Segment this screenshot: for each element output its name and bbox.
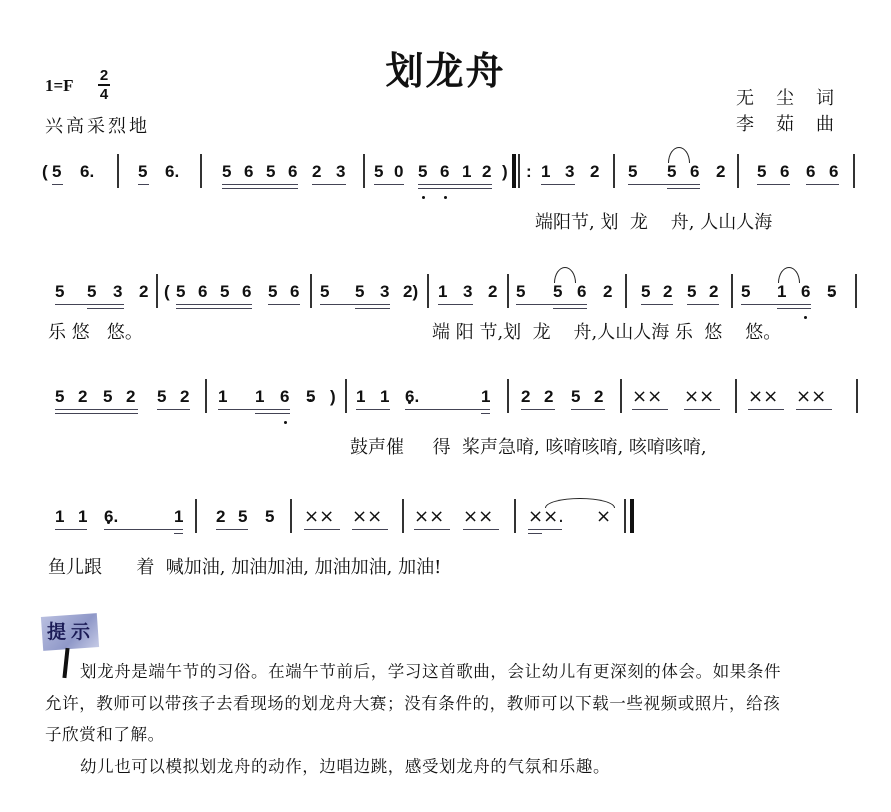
underline-eighth: [684, 409, 720, 410]
note: 1: [481, 387, 490, 407]
underline-eighth: [528, 529, 562, 530]
note: 2: [716, 162, 725, 182]
underline-eighth: [516, 304, 587, 305]
underline-sixteenth: [222, 188, 298, 189]
bar-line: [310, 274, 312, 308]
note: 6.: [104, 507, 118, 527]
underline-sixteenth: [55, 413, 138, 414]
percussion-note: ×: [596, 507, 611, 527]
note: 2: [482, 162, 491, 182]
underline-eighth: [176, 304, 252, 305]
note: 5: [220, 282, 229, 302]
tip-paragraph-2: 幼儿也可以模拟划龙舟的动作，边唱边跳，感受划龙舟的气氛和乐趣。: [80, 753, 610, 777]
note: 6: [244, 162, 253, 182]
underline-eighth: [687, 304, 719, 305]
bar-line: [613, 154, 615, 188]
lyrics-line: 端阳节, 划 龙 舟, 人山人海: [535, 208, 772, 234]
note: 6: [780, 162, 789, 182]
underline-eighth: [157, 409, 190, 410]
underline-eighth: [571, 409, 605, 410]
note: 2: [594, 387, 603, 407]
note: 1: [174, 507, 183, 527]
lyrics-line: 乐 悠 悠。: [48, 318, 143, 344]
note: 5: [374, 162, 383, 182]
note: 6.: [405, 387, 419, 407]
underline-eighth: [222, 184, 298, 185]
note: 1: [218, 387, 227, 407]
note: 1: [55, 507, 64, 527]
percussion-note: ××.: [528, 507, 564, 527]
tip-sign-post: [62, 648, 69, 678]
underline-eighth: [541, 184, 575, 185]
percussion-note: ××: [304, 507, 334, 527]
note: 5: [516, 282, 525, 302]
note: 2: [590, 162, 599, 182]
note: 3: [463, 282, 472, 302]
note: 1: [255, 387, 264, 407]
note: 5: [628, 162, 637, 182]
underline-sixteenth: [255, 413, 290, 414]
bar-line: [345, 379, 347, 413]
note: 1: [462, 162, 471, 182]
note: 3: [113, 282, 122, 302]
note: 5: [138, 162, 147, 182]
underline-sixteenth: [355, 308, 390, 309]
note: 5: [268, 282, 277, 302]
underline-eighth: [418, 184, 492, 185]
bar-line: [195, 499, 197, 533]
percussion-note: ××: [463, 507, 493, 527]
bar-line: [624, 499, 626, 533]
note: 5: [741, 282, 750, 302]
bar-line: [735, 379, 737, 413]
note: 6: [801, 282, 810, 302]
bar-line: [507, 379, 509, 413]
composer-credit: 李茹曲: [736, 110, 856, 136]
note: ): [502, 162, 508, 182]
note: 6: [290, 282, 299, 302]
note: 2: [521, 387, 530, 407]
note: 5: [222, 162, 231, 182]
underline-eighth: [641, 304, 673, 305]
underline-eighth: [414, 529, 450, 530]
note: 2: [663, 282, 672, 302]
underline-sixteenth: [528, 533, 542, 534]
note: 5: [265, 507, 274, 527]
note: 5: [52, 162, 61, 182]
note: ): [330, 387, 336, 407]
underline-sixteenth: [176, 308, 252, 309]
score-row-1: (56.56.565623505612):13255625666端阳节, 划 龙…: [0, 160, 891, 270]
underline-sixteenth: [418, 188, 492, 189]
note: 5: [266, 162, 275, 182]
note: 1: [380, 387, 389, 407]
note: 1: [356, 387, 365, 407]
bar-line: [518, 154, 520, 188]
note: 6: [690, 162, 699, 182]
bar-line: [514, 499, 516, 533]
bar-line: [737, 154, 739, 188]
note: 6: [280, 387, 289, 407]
underline-sixteenth: [174, 533, 183, 534]
note: 2: [544, 387, 553, 407]
note: 5: [553, 282, 562, 302]
note: 1: [777, 282, 786, 302]
key-signature: 1=F: [45, 76, 74, 96]
underline-sixteenth: [87, 308, 124, 309]
note: 3: [565, 162, 574, 182]
double-bar-line: [630, 499, 634, 533]
note: 5: [103, 387, 112, 407]
note: 6: [577, 282, 586, 302]
percussion-note: ××: [414, 507, 444, 527]
percussion-note: ××: [748, 387, 778, 407]
note: 5: [418, 162, 427, 182]
low-octave-dot: [804, 316, 807, 319]
note: 3: [336, 162, 345, 182]
note: 6: [806, 162, 815, 182]
tip-paragraph-1-line-2: 允许，教师可以带孩子去看现场的划龙舟大赛；没有条件的，教师可以下载一些视频或照片…: [45, 690, 780, 714]
note: 6.: [80, 162, 94, 182]
tip-paragraph-1-line-3: 子欣赏和了解。: [45, 721, 165, 745]
bar-line: [156, 274, 158, 308]
note: 5: [87, 282, 96, 302]
underline-eighth: [104, 529, 183, 530]
slur: [545, 498, 615, 508]
note: 5: [157, 387, 166, 407]
note: 6: [242, 282, 251, 302]
bar-line: [853, 154, 855, 188]
bar-line: [290, 499, 292, 533]
underline-sixteenth: [481, 413, 490, 414]
note: (: [164, 282, 170, 302]
underline-eighth: [374, 184, 404, 185]
note: 6: [829, 162, 838, 182]
underline-eighth: [356, 409, 390, 410]
note: 1: [541, 162, 550, 182]
underline-eighth: [55, 529, 87, 530]
tip-label: 提示: [47, 617, 95, 644]
underline-eighth: [138, 184, 149, 185]
note: 2): [403, 282, 418, 302]
underline-eighth: [632, 409, 668, 410]
note: 2: [603, 282, 612, 302]
underline-eighth: [352, 529, 388, 530]
bar-line: [205, 379, 207, 413]
underline-eighth: [52, 184, 63, 185]
note: 5: [55, 387, 64, 407]
tip-paragraph-1-line-1: 划龙舟是端午节的习俗。在端午节前后，学习这首歌曲，会让幼儿有更深刻的体会。如果条…: [80, 658, 781, 682]
score-row-3: 5252521165)116.12252××××××××鼓声催 得 桨声急唷, …: [0, 385, 891, 495]
bar-line: [856, 379, 858, 413]
note: 6: [198, 282, 207, 302]
note: 2: [312, 162, 321, 182]
bar-line: [507, 274, 509, 308]
underline-eighth: [268, 304, 300, 305]
bar-line: [625, 274, 627, 308]
bar-line: [402, 499, 404, 533]
underline-eighth: [628, 184, 700, 185]
note: 5: [641, 282, 650, 302]
low-octave-dot: [284, 421, 287, 424]
lyrics-line: 鼓声催 得 桨声急唷, 咳唷咳唷, 咳唷咳唷,: [350, 433, 707, 459]
lyricist-credit: 无尘词: [736, 84, 856, 110]
time-signature-top: 2: [100, 67, 108, 84]
underline-eighth: [320, 304, 390, 305]
note: 5: [667, 162, 676, 182]
bar-line: [855, 274, 857, 308]
note: 0: [394, 162, 403, 182]
note: 1: [438, 282, 447, 302]
note: 5: [320, 282, 329, 302]
score-row-2: 5532(5656565532)132556252525165乐 悠 悠。端 阳…: [0, 280, 891, 390]
underline-eighth: [757, 184, 790, 185]
note: 2: [139, 282, 148, 302]
underline-eighth: [796, 409, 832, 410]
time-signature: 2 4: [98, 68, 110, 102]
note: 5: [827, 282, 836, 302]
slur: [668, 147, 690, 163]
time-signature-bottom: 4: [100, 86, 108, 103]
underline-eighth: [55, 409, 138, 410]
underline-eighth: [741, 304, 811, 305]
bar-line: [620, 379, 622, 413]
note: 2: [488, 282, 497, 302]
note: (: [42, 162, 48, 182]
underline-eighth: [216, 529, 248, 530]
note: 3: [380, 282, 389, 302]
note: 6.: [165, 162, 179, 182]
note: 2: [180, 387, 189, 407]
percussion-note: ××: [796, 387, 826, 407]
low-octave-dot: [107, 521, 110, 524]
bar-line: [117, 154, 119, 188]
note: 5: [176, 282, 185, 302]
underline-eighth: [463, 529, 499, 530]
note: 6: [288, 162, 297, 182]
low-octave-dot: [830, 294, 833, 297]
note: 6: [440, 162, 449, 182]
note: 5: [355, 282, 364, 302]
low-octave-dot: [408, 401, 411, 404]
note: 5: [571, 387, 580, 407]
underline-sixteenth: [667, 188, 700, 189]
underline-eighth: [218, 409, 290, 410]
note: 2: [78, 387, 87, 407]
lyrics-line: 鱼儿跟 着 喊加油, 加油加油, 加油加油, 加油!: [48, 553, 441, 579]
underline-sixteenth: [553, 308, 587, 309]
note: 5: [687, 282, 696, 302]
underline-eighth: [748, 409, 784, 410]
underline-eighth: [438, 304, 473, 305]
underline-eighth: [312, 184, 346, 185]
note: 5: [306, 387, 315, 407]
note: 5: [757, 162, 766, 182]
underline-sixteenth: [777, 308, 811, 309]
bar-line: [200, 154, 202, 188]
score-row-4: 116.1255××××××××××.×鱼儿跟 着 喊加油, 加油加油, 加油加…: [0, 505, 891, 615]
note: 1: [78, 507, 87, 527]
underline-eighth: [304, 529, 340, 530]
note: :: [526, 162, 532, 182]
double-bar-line: [512, 154, 516, 188]
percussion-note: ××: [352, 507, 382, 527]
underline-eighth: [806, 184, 839, 185]
low-octave-dot: [444, 196, 447, 199]
lyrics-line: 端 阳 节,划 龙 舟,人山人海 乐 悠 悠。: [432, 318, 781, 344]
tempo-marking: 兴高采烈地: [45, 112, 150, 138]
low-octave-dot: [422, 196, 425, 199]
note: 2: [709, 282, 718, 302]
low-octave-dot: [309, 399, 312, 402]
bar-line: [427, 274, 429, 308]
underline-eighth: [405, 409, 490, 410]
note: 2: [126, 387, 135, 407]
underline-eighth: [55, 304, 124, 305]
underline-eighth: [521, 409, 555, 410]
note: 5: [55, 282, 64, 302]
bar-line: [363, 154, 365, 188]
percussion-note: ××: [632, 387, 662, 407]
note: 5: [238, 507, 247, 527]
note: 2: [216, 507, 225, 527]
bar-line: [731, 274, 733, 308]
percussion-note: ××: [684, 387, 714, 407]
